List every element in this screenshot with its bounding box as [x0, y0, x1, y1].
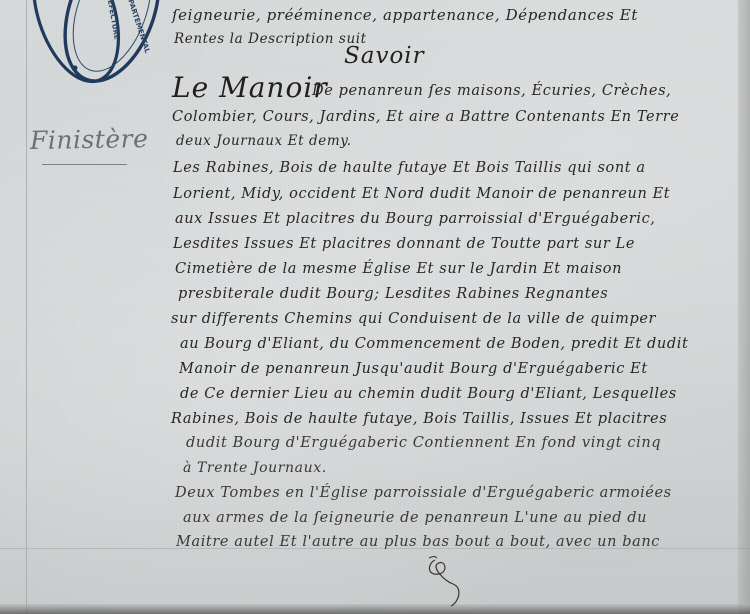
manuscript-line: Rabines, Bois de haulte futaye, Bois Tai… [171, 411, 667, 427]
manuscript-line: Les Rabines, Bois de haulte futaye Et Bo… [173, 160, 646, 176]
manuscript-line: aux armes de la ſeigneurie de penanreun … [183, 510, 647, 526]
manuscript-line: deux Journaux Et demy. [176, 133, 352, 149]
manuscript-line: Lorient, Midy, occident Et Nord dudit Ma… [173, 186, 670, 202]
paper-edge-bottom [0, 604, 750, 614]
manuscript-line: Colombier, Cours, Jardins, Et aire a Bat… [172, 109, 680, 125]
manuscript-line: Deux Tombes en l'Église parroissiale d'E… [175, 485, 672, 501]
document-photo: DEPARTEMENTAL PREFECTURE ARCHIVES Finist… [0, 0, 750, 614]
manuscript-line: Maitre autel Et l'autre au plus bas bout… [176, 534, 660, 550]
paper-fold-left [26, 0, 27, 614]
paraph-flourish-icon [425, 550, 485, 610]
svg-text:DEPARTEMENTAL: DEPARTEMENTAL [123, 0, 151, 55]
manuscript-line: au Bourg d'Eliant, du Commencement de Bo… [180, 336, 688, 352]
manuscript-line: Rentes la Description suit [174, 31, 367, 47]
margin-note-finistere: Finistère [30, 124, 149, 155]
manuscript-line: de Ce dernier Lieu au chemin dudit Bourg… [180, 386, 677, 402]
manuscript-line: De penanreun ſes maisons, Écuries, Crèch… [312, 83, 671, 99]
manuscript-line: Manoir de penanreun Jusqu'audit Bourg d'… [179, 361, 648, 377]
manuscript-line: dudit Bourg d'Erguégaberic Contiennent E… [186, 435, 661, 451]
svg-text:PREFECTURE: PREFECTURE [104, 0, 121, 40]
margin-note-underline [42, 164, 127, 165]
manuscript-line: ſeigneurie, prééminence, appartenance, D… [172, 6, 638, 24]
manuscript-line: Lesdites Issues Et placitres donnant de … [173, 236, 635, 252]
seal-stamp-icon: DEPARTEMENTAL PREFECTURE ARCHIVES [30, 0, 160, 85]
manuscript-line: aux Issues Et placitres du Bourg parrois… [175, 211, 656, 227]
manuscript-line: à Trente Journaux. [183, 460, 327, 476]
manuscript-line: presbiterale dudit Bourg; Lesdites Rabin… [178, 286, 608, 302]
manuscript-line: Cimetière de la mesme Église Et sur le J… [175, 261, 622, 277]
heading-savoir: Savoir [344, 43, 425, 69]
paper-edge-right [738, 0, 750, 614]
heading-le-manoir: Le Manoir [172, 71, 328, 104]
manuscript-line: sur differents Chemins qui Conduisent de… [171, 311, 656, 327]
